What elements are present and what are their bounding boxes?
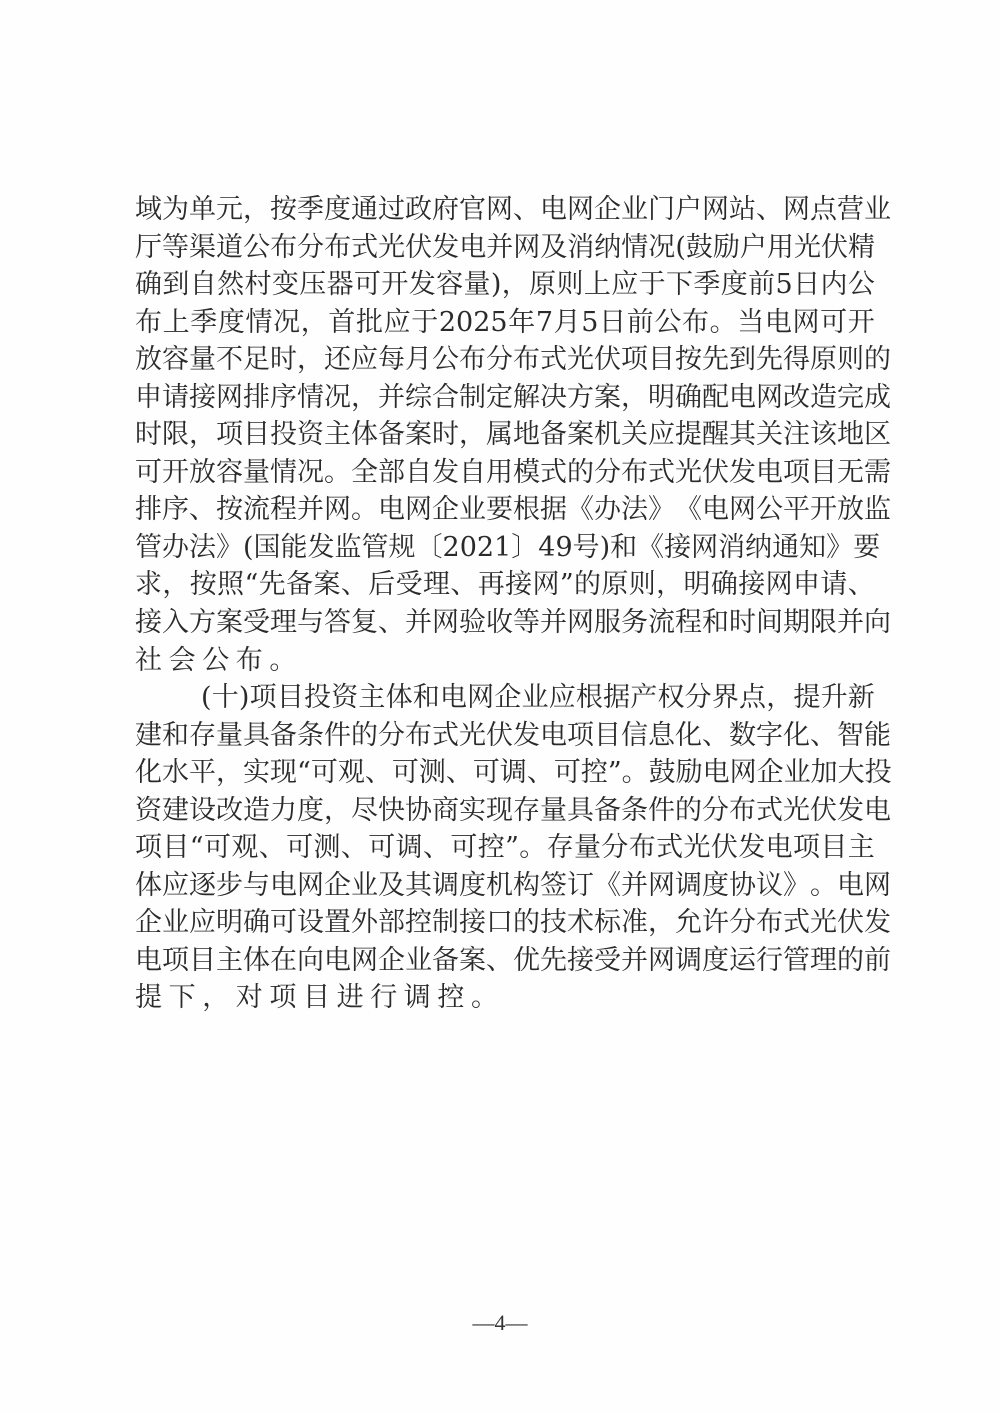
text-line: 排序、按流程并网。电网企业要根据《办法》《电网公平开放监 [135,491,875,529]
text-line: 布上季度情况，首批应于2025年7月5日前公布。当电网可开 [135,304,875,342]
text-line: 企业应明确可设置外部控制接口的技术标准，允许分布式光伏发 [135,904,875,942]
text-line: 建和存量具备条件的分布式光伏发电项目信息化、数字化、智能 [135,717,875,755]
text-line: 放容量不足时，还应每月公布分布式光伏项目按先到先得原则的 [135,341,875,379]
text-line: 时限，项目投资主体备案时，属地备案机关应提醒其关注该地区 [135,416,875,454]
body-text: 域为单元，按季度通过政府官网、电网企业门户网站、网点营业 厅等渠道公布分布式光伏… [135,191,875,1017]
text-line: 项目“可观、可测、可调、可控”。存量分布式光伏发电项目主 [135,829,875,867]
text-line: 管办法》(国能发监管规〔2021〕49号)和《接网消纳通知》要 [135,529,875,567]
text-line: 厅等渠道公布分布式光伏发电并网及消纳情况(鼓励户用光伏精 [135,229,875,267]
text-line: 确到自然村变压器可开发容量)，原则上应于下季度前5日内公 [135,266,875,304]
text-line: 资建设改造力度，尽快协商实现存量具备条件的分布式光伏发电 [135,792,875,830]
paragraph-item-ten: (十)项目投资主体和电网企业应根据产权分界点，提升新 建和存量具备条件的分布式光… [135,679,875,1017]
text-line: (十)项目投资主体和电网企业应根据产权分界点，提升新 [135,679,875,717]
paragraph-continued: 域为单元，按季度通过政府官网、电网企业门户网站、网点营业 厅等渠道公布分布式光伏… [135,191,875,679]
text-line: 社会公布。 [135,642,875,680]
page-number: —4— [0,1310,1000,1336]
text-line: 电项目主体在向电网企业备案、优先接受并网调度运行管理的前 [135,942,875,980]
text-line: 可开放容量情况。全部自发自用模式的分布式光伏发电项目无需 [135,454,875,492]
text-line: 求，按照“先备案、后受理、再接网”的原则，明确接网申请、 [135,566,875,604]
text-line: 接入方案受理与答复、并网验收等并网服务流程和时间期限并向 [135,604,875,642]
text-line: 申请接网排序情况，并综合制定解决方案，明确配电网改造完成 [135,379,875,417]
text-line: 体应逐步与电网企业及其调度机构签订《并网调度协议》。电网 [135,867,875,905]
document-page: 域为单元，按季度通过政府官网、电网企业门户网站、网点营业 厅等渠道公布分布式光伏… [0,0,1000,1413]
text-line: 化水平，实现“可观、可测、可调、可控”。鼓励电网企业加大投 [135,754,875,792]
text-line: 提下，对项目进行调控。 [135,979,875,1017]
text-line: 域为单元，按季度通过政府官网、电网企业门户网站、网点营业 [135,191,875,229]
